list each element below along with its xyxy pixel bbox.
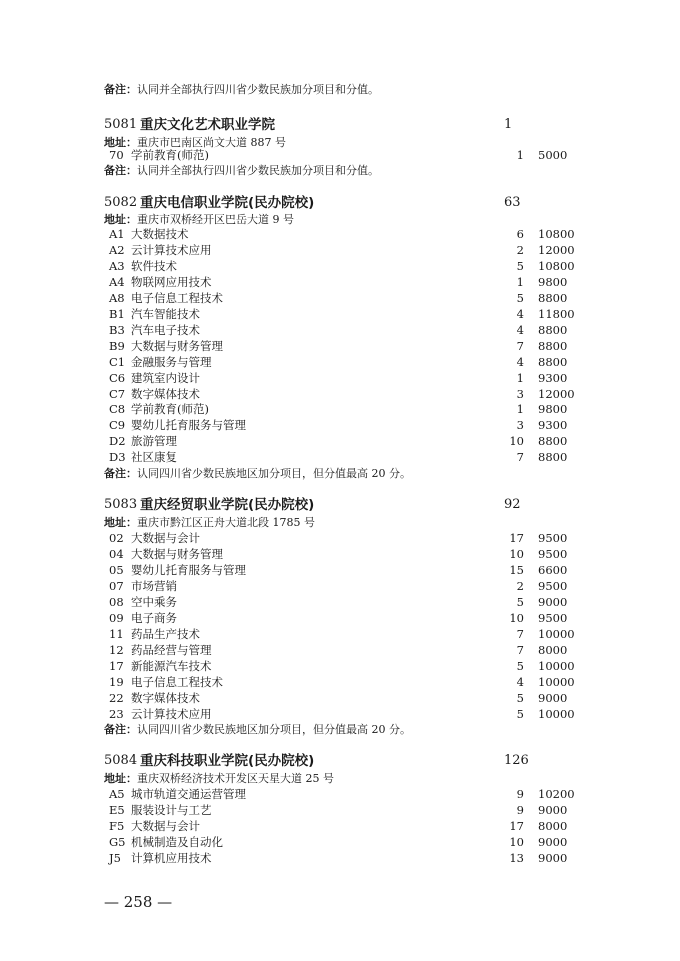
- institution-name: 重庆电信职业学院(民办院校): [140, 194, 314, 212]
- major-name: 汽车电子技术: [131, 322, 200, 338]
- address-text: 重庆市双桥经开区巴岳大道 9 号: [137, 213, 294, 226]
- institution-header: 5081重庆文化艺术职业学院1: [104, 116, 584, 134]
- major-tuition: 9800: [538, 274, 567, 290]
- major-row: A3软件技术510800: [104, 258, 594, 274]
- major-tuition: 9300: [538, 417, 567, 433]
- major-code: E5: [109, 802, 125, 818]
- major-row: 12药品经营与管理78000: [104, 642, 594, 658]
- major-quota: 15: [489, 562, 524, 578]
- major-quota: 1: [489, 147, 524, 163]
- major-code: A5: [109, 786, 125, 802]
- major-tuition: 9500: [538, 578, 567, 594]
- major-quota: 1: [489, 370, 524, 386]
- major-quota: 7: [489, 642, 524, 658]
- major-code: 11: [109, 626, 124, 642]
- major-row: C7数字媒体技术312000: [104, 386, 594, 402]
- major-quota: 7: [489, 449, 524, 465]
- major-tuition: 10200: [538, 786, 575, 802]
- top-note: 备注：认同并全部执行四川省少数民族加分项目和分值。: [104, 83, 379, 97]
- major-tuition: 8000: [538, 818, 567, 834]
- note-label: 备注：: [104, 467, 137, 480]
- major-tuition: 9000: [538, 594, 567, 610]
- major-quota: 1: [489, 274, 524, 290]
- major-code: D2: [109, 433, 126, 449]
- institution-name: 重庆经贸职业学院(民办院校): [140, 496, 314, 514]
- institution-code: 5082: [104, 194, 137, 212]
- major-tuition: 9000: [538, 690, 567, 706]
- major-row: B3汽车电子技术48800: [104, 322, 594, 338]
- institution-address: 地址：重庆市双桥经开区巴岳大道 9 号: [104, 213, 294, 227]
- major-tuition: 10000: [538, 706, 575, 722]
- major-name: 数字媒体技术: [131, 386, 200, 402]
- major-row: D3社区康复78800: [104, 449, 594, 465]
- major-code: A1: [109, 226, 125, 242]
- major-name: 大数据与会计: [131, 818, 200, 834]
- major-name: 药品经营与管理: [131, 642, 212, 658]
- major-quota: 4: [489, 674, 524, 690]
- major-code: 07: [109, 578, 124, 594]
- major-row: 11药品生产技术710000: [104, 626, 594, 642]
- institution-code: 5083: [104, 496, 137, 514]
- major-tuition: 9500: [538, 610, 567, 626]
- major-code: 02: [109, 530, 124, 546]
- major-row: B1汽车智能技术411800: [104, 306, 594, 322]
- major-quota: 17: [489, 530, 524, 546]
- major-name: 计算机应用技术: [131, 850, 212, 866]
- major-code: 23: [109, 706, 124, 722]
- address-label: 地址：: [104, 516, 137, 529]
- major-quota: 4: [489, 354, 524, 370]
- major-name: 物联网应用技术: [131, 274, 212, 290]
- major-tuition: 5000: [538, 147, 567, 163]
- institution-total-quota: 63: [504, 194, 564, 212]
- major-quota: 7: [489, 626, 524, 642]
- major-code: 05: [109, 562, 124, 578]
- major-name: 社区康复: [131, 449, 177, 465]
- address-text: 重庆双桥经济技术开发区天星大道 25 号: [137, 772, 334, 785]
- institution-code: 5084: [104, 752, 137, 770]
- major-quota: 1: [489, 401, 524, 417]
- major-quota: 9: [489, 802, 524, 818]
- major-tuition: 12000: [538, 386, 575, 402]
- major-tuition: 8000: [538, 642, 567, 658]
- institution-total-quota: 92: [504, 496, 564, 514]
- major-code: A2: [109, 242, 125, 258]
- major-name: 汽车智能技术: [131, 306, 200, 322]
- address-label: 地址：: [104, 772, 137, 785]
- institution-header: 5082重庆电信职业学院(民办院校)63: [104, 194, 584, 212]
- major-tuition: 10000: [538, 658, 575, 674]
- major-name: 大数据与财务管理: [131, 338, 223, 354]
- major-code: B3: [109, 322, 125, 338]
- major-row: B9大数据与财务管理78800: [104, 338, 594, 354]
- major-row: C6建筑室内设计19300: [104, 370, 594, 386]
- major-row: 02大数据与会计179500: [104, 530, 594, 546]
- major-code: 22: [109, 690, 124, 706]
- major-code: A8: [109, 290, 125, 306]
- major-code: C6: [109, 370, 125, 386]
- major-name: 婴幼儿托育服务与管理: [131, 562, 246, 578]
- major-code: 09: [109, 610, 124, 626]
- major-row: 04大数据与财务管理109500: [104, 546, 594, 562]
- major-tuition: 11800: [538, 306, 575, 322]
- major-row: 07市场营销29500: [104, 578, 594, 594]
- major-name: 机械制造及自动化: [131, 834, 223, 850]
- note-text: 认同四川省少数民族地区加分项目，但分值最高 20 分。: [137, 723, 411, 736]
- major-name: 数字媒体技术: [131, 690, 200, 706]
- major-name: 大数据与会计: [131, 530, 200, 546]
- major-code: 08: [109, 594, 124, 610]
- major-quota: 17: [489, 818, 524, 834]
- major-code: C1: [109, 354, 125, 370]
- major-quota: 6: [489, 226, 524, 242]
- major-tuition: 6600: [538, 562, 567, 578]
- major-quota: 5: [489, 594, 524, 610]
- address-label: 地址：: [104, 213, 137, 226]
- major-code: G5: [109, 834, 126, 850]
- major-code: C7: [109, 386, 125, 402]
- major-name: 金融服务与管理: [131, 354, 212, 370]
- major-row: 09电子商务109500: [104, 610, 594, 626]
- major-tuition: 8800: [538, 433, 567, 449]
- major-row: C8学前教育(师范)19800: [104, 401, 594, 417]
- note-text: 认同四川省少数民族地区加分项目，但分值最高 20 分。: [137, 467, 411, 480]
- note-text: 认同并全部执行四川省少数民族加分项目和分值。: [137, 83, 379, 96]
- page-number: — 258 —: [104, 892, 172, 912]
- major-row: 08空中乘务59000: [104, 594, 594, 610]
- institution-address: 地址：重庆双桥经济技术开发区天星大道 25 号: [104, 772, 334, 786]
- major-quota: 9: [489, 786, 524, 802]
- note-label: 备注：: [104, 83, 137, 96]
- major-tuition: 9300: [538, 370, 567, 386]
- institution-name: 重庆文化艺术职业学院: [140, 116, 275, 134]
- major-row: 17新能源汽车技术510000: [104, 658, 594, 674]
- major-row: C9婴幼儿托育服务与管理39300: [104, 417, 594, 433]
- major-quota: 5: [489, 690, 524, 706]
- major-row: D2旅游管理108800: [104, 433, 594, 449]
- major-row: A4物联网应用技术19800: [104, 274, 594, 290]
- major-quota: 2: [489, 242, 524, 258]
- major-tuition: 9000: [538, 834, 567, 850]
- major-tuition: 8800: [538, 449, 567, 465]
- major-name: 云计算技术应用: [131, 706, 212, 722]
- major-quota: 5: [489, 706, 524, 722]
- major-tuition: 8800: [538, 338, 567, 354]
- major-quota: 13: [489, 850, 524, 866]
- major-name: 电子信息工程技术: [131, 674, 223, 690]
- major-tuition: 9800: [538, 401, 567, 417]
- institution-note: 备注：认同并全部执行四川省少数民族加分项目和分值。: [104, 164, 379, 178]
- major-row: A2云计算技术应用212000: [104, 242, 594, 258]
- major-quota: 3: [489, 417, 524, 433]
- major-row: A5城市轨道交通运营管理910200: [104, 786, 594, 802]
- major-quota: 7: [489, 338, 524, 354]
- major-name: 学前教育(师范): [131, 401, 209, 417]
- major-quota: 5: [489, 290, 524, 306]
- major-name: 云计算技术应用: [131, 242, 212, 258]
- major-name: 新能源汽车技术: [131, 658, 212, 674]
- major-code: B1: [109, 306, 125, 322]
- institution-code: 5081: [104, 116, 137, 134]
- major-code: D3: [109, 449, 126, 465]
- major-code: A4: [109, 274, 125, 290]
- major-quota: 10: [489, 610, 524, 626]
- major-row: 23云计算技术应用510000: [104, 706, 594, 722]
- major-tuition: 8800: [538, 290, 567, 306]
- major-name: 电子信息工程技术: [131, 290, 223, 306]
- major-row: G5机械制造及自动化109000: [104, 834, 594, 850]
- major-tuition: 8800: [538, 354, 567, 370]
- major-quota: 10: [489, 546, 524, 562]
- major-code: 04: [109, 546, 124, 562]
- major-name: 婴幼儿托育服务与管理: [131, 417, 246, 433]
- major-code: 12: [109, 642, 124, 658]
- major-name: 空中乘务: [131, 594, 177, 610]
- major-tuition: 10000: [538, 674, 575, 690]
- major-quota: 3: [489, 386, 524, 402]
- major-name: 城市轨道交通运营管理: [131, 786, 246, 802]
- major-name: 旅游管理: [131, 433, 177, 449]
- major-row: 22数字媒体技术59000: [104, 690, 594, 706]
- major-row: J5计算机应用技术139000: [104, 850, 594, 866]
- major-code: 70: [109, 147, 124, 163]
- major-tuition: 10800: [538, 226, 575, 242]
- major-quota: 4: [489, 306, 524, 322]
- major-name: 服装设计与工艺: [131, 802, 212, 818]
- major-code: B9: [109, 338, 125, 354]
- address-text: 重庆市黔江区正舟大道北段 1785 号: [137, 516, 315, 529]
- major-name: 药品生产技术: [131, 626, 200, 642]
- major-row: E5服装设计与工艺99000: [104, 802, 594, 818]
- major-tuition: 8800: [538, 322, 567, 338]
- institution-header: 5083重庆经贸职业学院(民办院校)92: [104, 496, 584, 514]
- major-code: C8: [109, 401, 125, 417]
- major-code: 17: [109, 658, 124, 674]
- major-code: 19: [109, 674, 124, 690]
- major-code: F5: [109, 818, 124, 834]
- major-tuition: 9500: [538, 546, 567, 562]
- major-quota: 10: [489, 834, 524, 850]
- major-name: 电子商务: [131, 610, 177, 626]
- major-row: C1金融服务与管理48800: [104, 354, 594, 370]
- major-tuition: 12000: [538, 242, 575, 258]
- major-name: 建筑室内设计: [131, 370, 200, 386]
- major-name: 市场营销: [131, 578, 177, 594]
- note-text: 认同并全部执行四川省少数民族加分项目和分值。: [137, 164, 379, 177]
- major-tuition: 10000: [538, 626, 575, 642]
- major-quota: 10: [489, 433, 524, 449]
- institution-note: 备注：认同四川省少数民族地区加分项目，但分值最高 20 分。: [104, 467, 411, 481]
- institution-header: 5084重庆科技职业学院(民办院校)126: [104, 752, 584, 770]
- note-label: 备注：: [104, 164, 137, 177]
- institution-total-quota: 126: [504, 752, 564, 770]
- major-tuition: 9500: [538, 530, 567, 546]
- major-row: 19电子信息工程技术410000: [104, 674, 594, 690]
- major-quota: 5: [489, 258, 524, 274]
- institution-note: 备注：认同四川省少数民族地区加分项目，但分值最高 20 分。: [104, 723, 411, 737]
- institution-total-quota: 1: [504, 116, 564, 134]
- major-quota: 4: [489, 322, 524, 338]
- major-name: 大数据与财务管理: [131, 546, 223, 562]
- major-tuition: 10800: [538, 258, 575, 274]
- major-code: A3: [109, 258, 125, 274]
- institution-name: 重庆科技职业学院(民办院校): [140, 752, 314, 770]
- major-name: 软件技术: [131, 258, 177, 274]
- major-row: 05婴幼儿托育服务与管理156600: [104, 562, 594, 578]
- major-name: 学前教育(师范): [131, 147, 209, 163]
- major-row: F5大数据与会计178000: [104, 818, 594, 834]
- major-quota: 5: [489, 658, 524, 674]
- note-label: 备注：: [104, 723, 137, 736]
- major-row: 70学前教育(师范)15000: [104, 147, 594, 163]
- major-code: C9: [109, 417, 125, 433]
- major-quota: 2: [489, 578, 524, 594]
- institution-address: 地址：重庆市黔江区正舟大道北段 1785 号: [104, 516, 315, 530]
- major-name: 大数据技术: [131, 226, 189, 242]
- major-row: A8电子信息工程技术58800: [104, 290, 594, 306]
- major-tuition: 9000: [538, 802, 567, 818]
- major-code: J5: [109, 850, 121, 866]
- major-tuition: 9000: [538, 850, 567, 866]
- major-row: A1大数据技术610800: [104, 226, 594, 242]
